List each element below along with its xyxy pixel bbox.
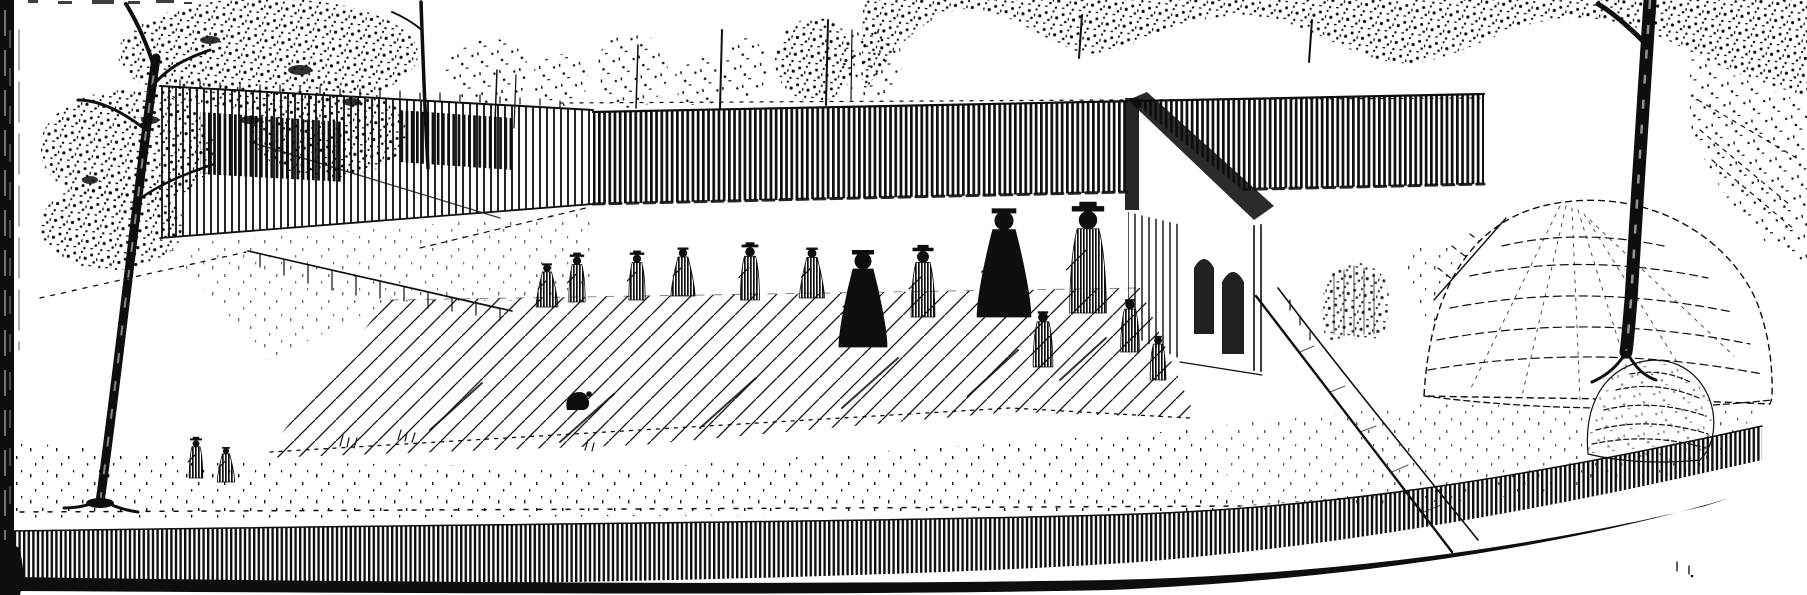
gatehouse-arch-door	[1194, 259, 1214, 334]
engraving-canvas: Antique black-and-white engraving of a w…	[0, 0, 1807, 595]
gatehouse-arch-door	[1222, 272, 1244, 354]
back-palisade-fence	[593, 94, 1484, 204]
gatehouse-corner-hatch	[1248, 224, 1262, 372]
plate-edge-bar-left	[0, 0, 14, 548]
wing-fence-panel	[398, 110, 512, 170]
garden-bush	[1322, 263, 1389, 340]
stray-dot	[1691, 575, 1694, 578]
wing-fence-panel	[200, 112, 345, 182]
engraving-plate: Antique black-and-white engraving of a w…	[0, 0, 1807, 595]
gatehouse-corner-post	[1125, 98, 1139, 210]
